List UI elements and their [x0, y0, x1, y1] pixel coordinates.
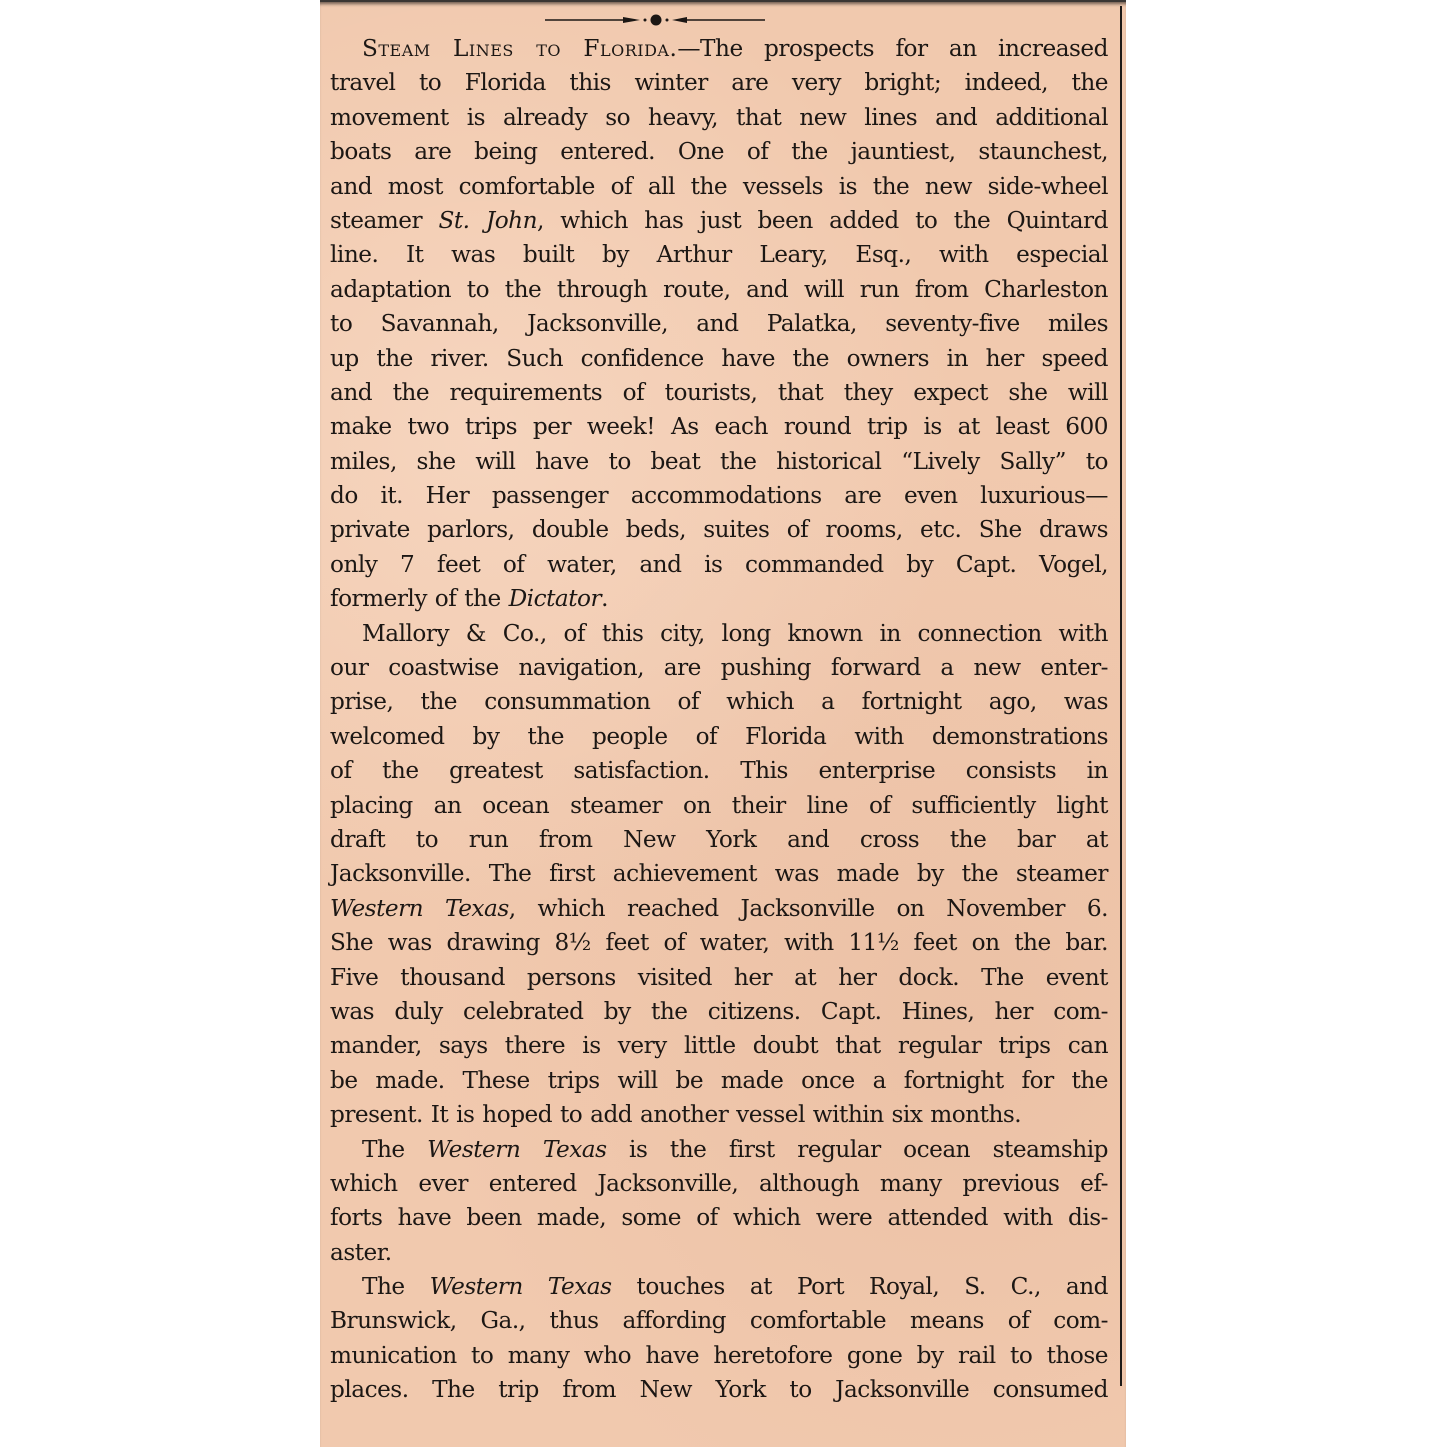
text-line: to Savannah, Jacksonville, and Palatka, … [330, 307, 1108, 341]
headline: Steam Lines to Florida. [362, 35, 677, 62]
text-run: which ever entered Jacksonville, althoug… [330, 1170, 1108, 1197]
text-run: places. The trip from New York to Jackso… [330, 1376, 1108, 1403]
text-run: , which has just been added to the Quint… [537, 207, 1108, 234]
text-line: was duly celebrated by the citizens. Cap… [330, 995, 1108, 1029]
text-run: She was drawing 8½ feet of water, with 1… [330, 929, 1108, 956]
text-run: Jacksonville. The first achievement was … [330, 860, 1108, 887]
text-run: Five thousand persons visited her at her… [330, 964, 1108, 991]
text-line: movement is already so heavy, that new l… [330, 101, 1108, 135]
text-line: our coastwise navigation, are pushing fo… [330, 651, 1108, 685]
text-line: up the river. Such confidence have the o… [330, 342, 1108, 376]
text-line: miles, she will have to beat the histori… [330, 445, 1108, 479]
text-run: of the greatest satisfaction. This enter… [330, 757, 1108, 784]
text-run: formerly of the [330, 585, 509, 612]
text-run: munication to many who have heretofore g… [330, 1342, 1108, 1369]
text-line: Mallory & Co., of this city, long known … [330, 617, 1108, 651]
text-run: The [362, 1136, 427, 1163]
ship-name: Western Texas [330, 895, 509, 922]
text-line: do it. Her passenger accommodations are … [330, 479, 1108, 513]
text-run: our coastwise navigation, are pushing fo… [330, 654, 1108, 681]
text-line: formerly of the Dictator. [330, 582, 1108, 616]
text-line: She was drawing 8½ feet of water, with 1… [330, 926, 1108, 960]
text-run: , which reached Jacksonville on November… [509, 895, 1108, 922]
text-run: up the river. Such confidence have the o… [330, 345, 1108, 372]
text-run: boats are being entered. One of the jaun… [330, 138, 1108, 165]
article-paragraph: The Western Texas touches at Port Royal,… [330, 1270, 1108, 1408]
text-line: be made. These trips will be made once a… [330, 1064, 1108, 1098]
article-paragraph: Mallory & Co., of this city, long known … [330, 617, 1108, 1133]
text-line: adaptation to the through route, and wil… [330, 273, 1108, 307]
text-line: and the requirements of tourists, that t… [330, 376, 1108, 410]
text-run: aster. [330, 1239, 392, 1266]
text-line: travel to Florida this winter are very b… [330, 66, 1108, 100]
text-line: Five thousand persons visited her at her… [330, 961, 1108, 995]
text-line: make two trips per week! As each round t… [330, 410, 1108, 444]
text-run: to Savannah, Jacksonville, and Palatka, … [330, 310, 1108, 337]
text-run: The [362, 1273, 430, 1300]
text-run: private parlors, double beds, suites of … [330, 516, 1108, 543]
ship-name: St. John [438, 207, 537, 234]
text-line: Jacksonville. The first achievement was … [330, 857, 1108, 891]
text-run: forts have been made, some of which were… [330, 1204, 1108, 1231]
text-run: touches at Port Royal, S. C., and [612, 1273, 1108, 1300]
text-run: steamer [330, 207, 438, 234]
text-line: placing an ocean steamer on their line o… [330, 789, 1108, 823]
text-run: travel to Florida this winter are very b… [330, 69, 1108, 96]
text-line: aster. [330, 1236, 1108, 1270]
text-line: steamer St. John, which has just been ad… [330, 204, 1108, 238]
article-body: Steam Lines to Florida.—The prospects fo… [330, 32, 1108, 1408]
text-line: Brunswick, Ga., thus affording comfortab… [330, 1304, 1108, 1338]
text-run: was duly celebrated by the citizens. Cap… [330, 998, 1108, 1025]
text-run: make two trips per week! As each round t… [330, 413, 1108, 440]
text-line: munication to many who have heretofore g… [330, 1339, 1108, 1373]
text-line: The Western Texas touches at Port Royal,… [330, 1270, 1108, 1304]
text-run: . [601, 585, 608, 612]
text-run: —The prospects for an increased [677, 35, 1108, 62]
text-run: is the first regular ocean steamship [607, 1136, 1108, 1163]
text-line: boats are being entered. One of the jaun… [330, 135, 1108, 169]
text-run: movement is already so heavy, that new l… [330, 104, 1108, 131]
dot-dash-divider-icon [545, 13, 765, 27]
text-run: miles, she will have to beat the histori… [330, 448, 1108, 475]
text-line: present. It is hoped to add another vess… [330, 1098, 1108, 1132]
article-paragraph: Steam Lines to Florida.—The prospects fo… [330, 32, 1108, 617]
text-line: forts have been made, some of which were… [330, 1201, 1108, 1235]
text-line: and most comfortable of all the vessels … [330, 170, 1108, 204]
text-line: Western Texas, which reached Jacksonvill… [330, 892, 1108, 926]
text-line: The Western Texas is the first regular o… [330, 1133, 1108, 1167]
text-run: placing an ocean steamer on their line o… [330, 792, 1108, 819]
article-paragraph: The Western Texas is the first regular o… [330, 1133, 1108, 1271]
text-line: only 7 feet of water, and is commanded b… [330, 548, 1108, 582]
text-run: present. It is hoped to add another vess… [330, 1101, 1021, 1128]
text-line: places. The trip from New York to Jackso… [330, 1373, 1108, 1407]
text-line: mander, says there is very little doubt … [330, 1029, 1108, 1063]
text-line: of the greatest satisfaction. This enter… [330, 754, 1108, 788]
text-line: draft to run from New York and cross the… [330, 823, 1108, 857]
text-run: Mallory & Co., of this city, long known … [362, 620, 1108, 647]
text-line: which ever entered Jacksonville, althoug… [330, 1167, 1108, 1201]
ship-name: Western Texas [427, 1136, 606, 1163]
text-run: line. It was built by Arthur Leary, Esq.… [330, 241, 1108, 268]
newspaper-clipping: Steam Lines to Florida.—The prospects fo… [320, 0, 1126, 1445]
text-line: private parlors, double beds, suites of … [330, 513, 1108, 547]
text-line: welcomed by the people of Florida with d… [330, 720, 1108, 754]
text-run: mander, says there is very little doubt … [330, 1032, 1108, 1059]
text-line: line. It was built by Arthur Leary, Esq.… [330, 238, 1108, 272]
text-run: welcomed by the people of Florida with d… [330, 723, 1108, 750]
ship-name: Dictator [509, 585, 602, 612]
text-run: prise, the consummation of which a fortn… [330, 688, 1108, 715]
text-run: adaptation to the through route, and wil… [330, 276, 1108, 303]
text-run: be made. These trips will be made once a… [330, 1067, 1108, 1094]
text-line: Steam Lines to Florida.—The prospects fo… [330, 32, 1108, 66]
text-line: prise, the consummation of which a fortn… [330, 685, 1108, 719]
text-run: and most comfortable of all the vessels … [330, 173, 1108, 200]
text-run: and the requirements of tourists, that t… [330, 379, 1108, 406]
ship-name: Western Texas [430, 1273, 612, 1300]
text-run: draft to run from New York and cross the… [330, 826, 1108, 853]
column-rule [1120, 6, 1122, 1386]
text-run: Brunswick, Ga., thus affording comfortab… [330, 1307, 1108, 1334]
text-run: only 7 feet of water, and is commanded b… [330, 551, 1108, 578]
text-run: do it. Her passenger accommodations are … [330, 482, 1108, 509]
